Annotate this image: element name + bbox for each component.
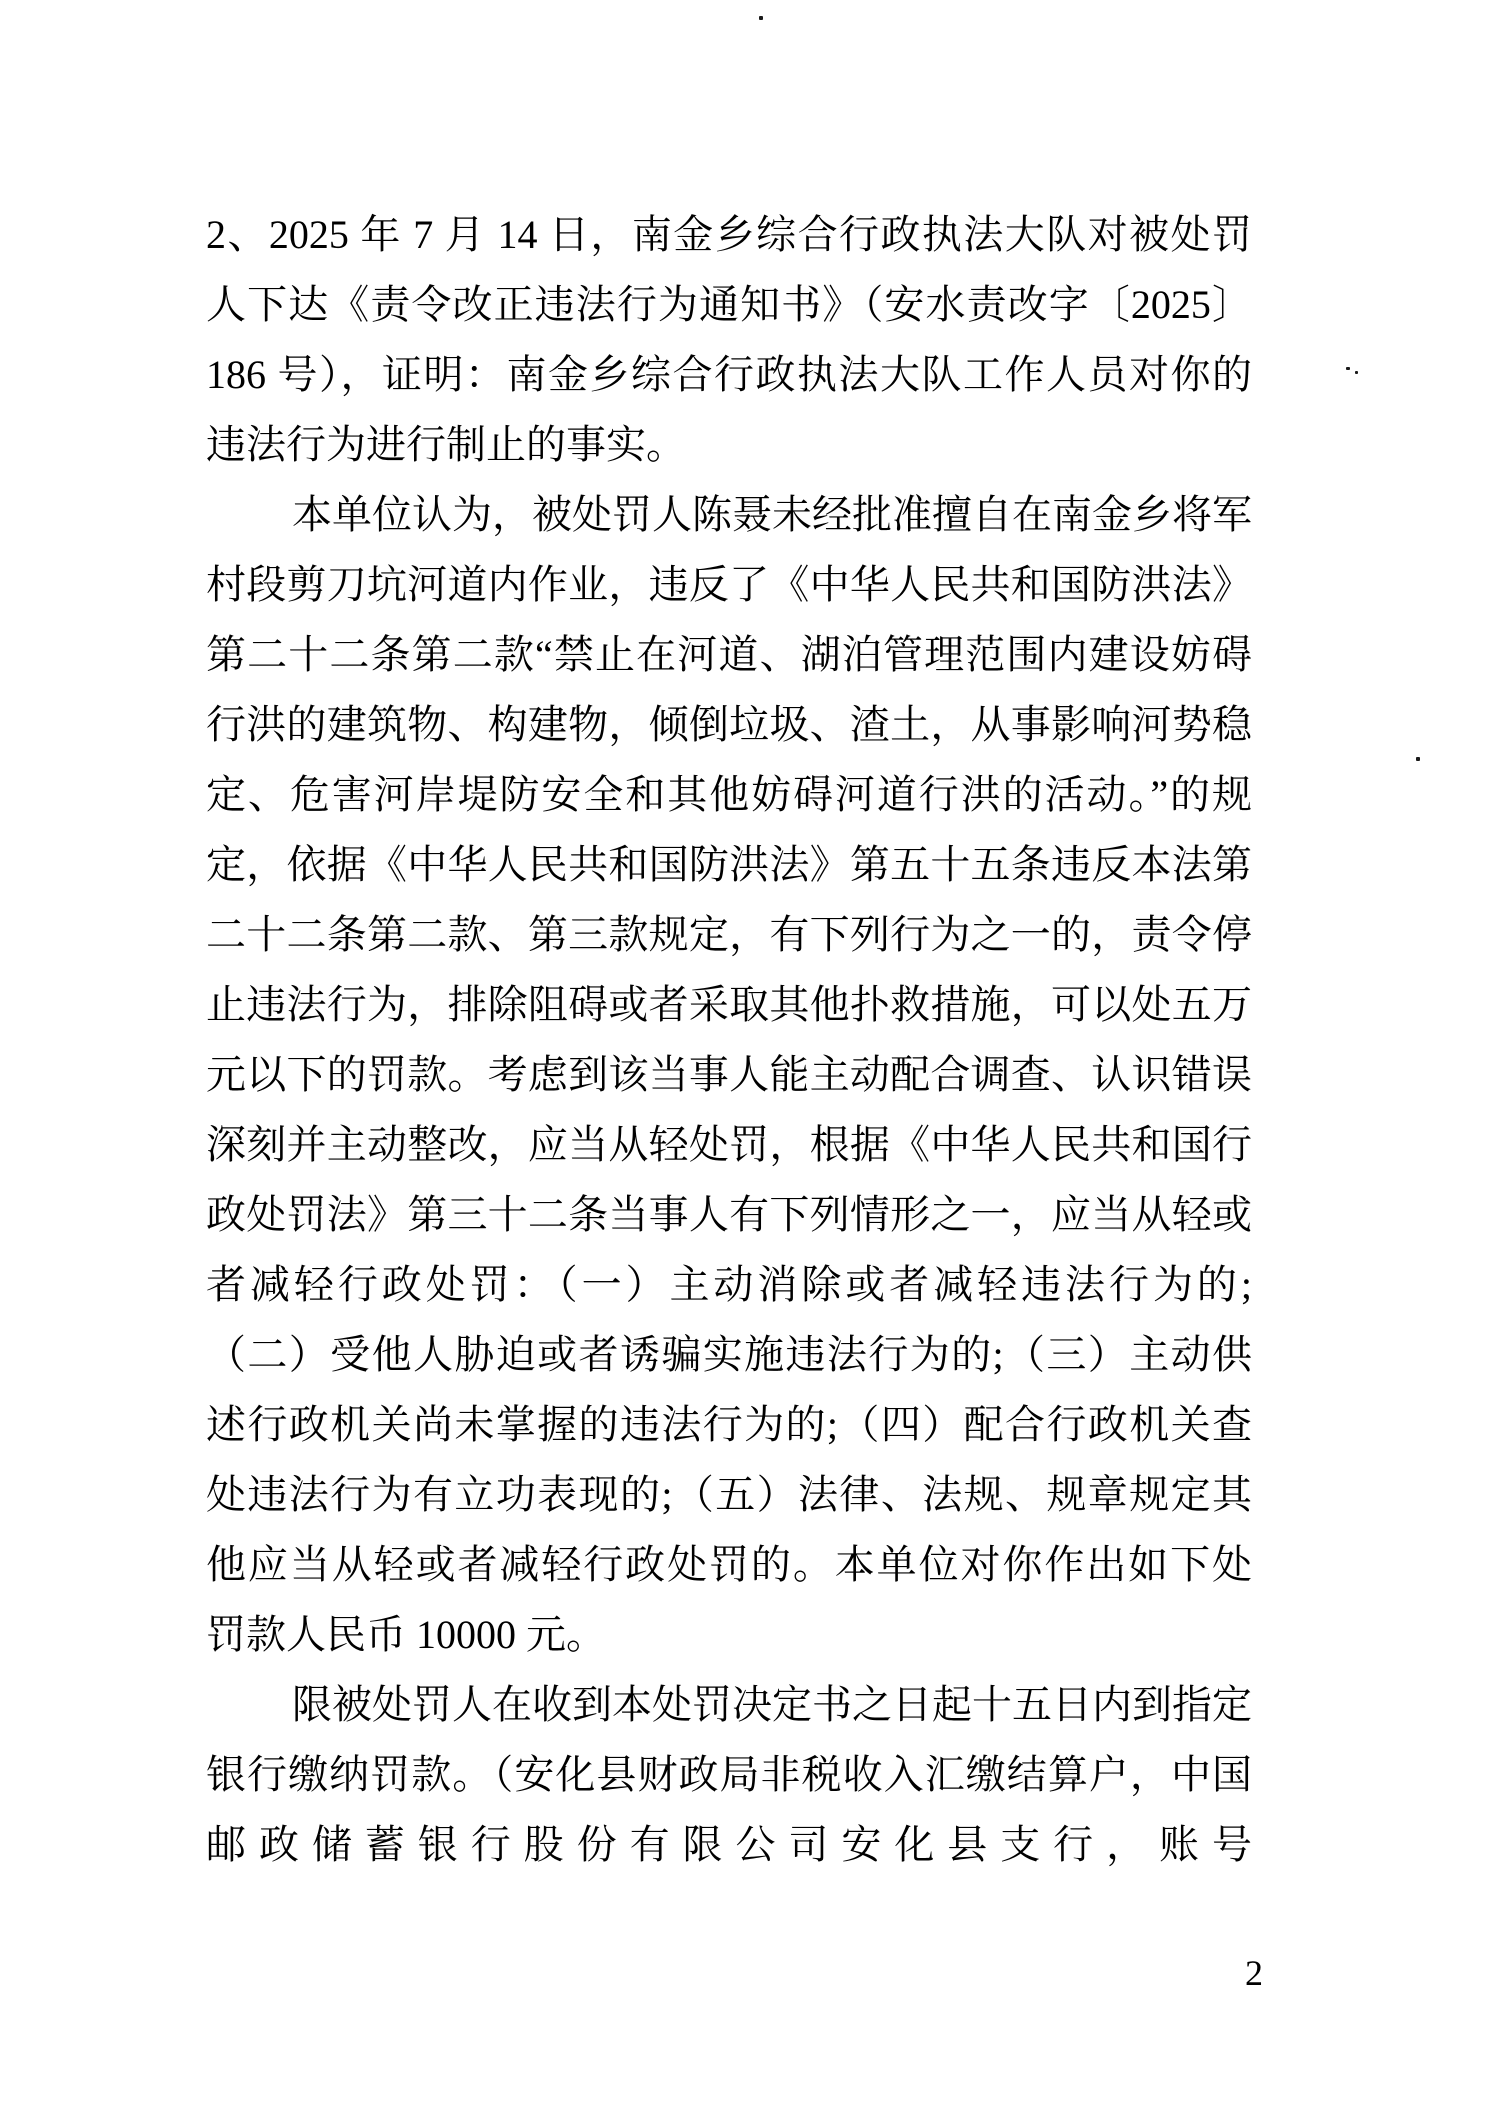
scan-speck — [759, 16, 763, 20]
text-line: 第二十二条第二款“禁止在河道、湖泊管理范围内建设妨碍 — [206, 620, 1252, 690]
scan-speck — [1416, 757, 1420, 761]
text-line: 定，依据《中华人民共和国防洪法》第五十五条违反本法第 — [206, 830, 1252, 900]
text-line: 政处罚法》第三十二条当事人有下列情形之一，应当从轻或 — [206, 1180, 1252, 1250]
text-line: 2、2025 年 7 月 14 日，南金乡综合行政执法大队对被处罚 — [206, 200, 1252, 270]
text-line: （二）受他人胁迫或者诱骗实施违法行为的;（三）主动供 — [206, 1320, 1252, 1390]
text-line: 定、危害河岸堤防安全和其他妨碍河道行洪的活动。”的规 — [206, 760, 1252, 830]
text-line: 行洪的建筑物、构建物，倾倒垃圾、渣土，从事影响河势稳 — [206, 690, 1252, 760]
text-line: 述行政机关尚未掌握的违法行为的;（四）配合行政机关查 — [206, 1390, 1252, 1460]
document-body: 2、2025 年 7 月 14 日，南金乡综合行政执法大队对被处罚 人下达《责令… — [206, 200, 1252, 1880]
text-line: 邮政储蓄银行股份有限公司安化县支行，账号 — [206, 1810, 1252, 1880]
text-line: 村段剪刀坑河道内作业，违反了《中华人民共和国防洪法》 — [206, 550, 1252, 620]
text-line: 二十二条第二款、第三款规定，有下列行为之一的，责令停 — [206, 900, 1252, 970]
text-line: 深刻并主动整改，应当从轻处罚，根据《中华人民共和国行 — [206, 1110, 1252, 1180]
document-page: 2、2025 年 7 月 14 日，南金乡综合行政执法大队对被处罚 人下达《责令… — [0, 0, 1488, 2105]
text-line: 元以下的罚款。考虑到该当事人能主动配合调查、认识错误 — [206, 1040, 1252, 1110]
text-line: 他应当从轻或者减轻行政处罚的。本单位对你作出如下处罚： — [206, 1530, 1252, 1600]
text-line: 人下达《责令改正违法行为通知书》（安水责改字〔2025〕 — [206, 270, 1252, 340]
text-line: 处违法行为有立功表现的;（五）法律、法规、规章规定其 — [206, 1460, 1252, 1530]
text-line: 止违法行为，排除阻碍或者采取其他扑救措施，可以处五万 — [206, 970, 1252, 1040]
text-line: 本单位认为，被处罚人陈聂未经批准擅自在南金乡将军 — [206, 480, 1252, 550]
scan-speck — [1355, 371, 1358, 374]
scan-speck — [1346, 367, 1350, 370]
text-line: 限被处罚人在收到本处罚决定书之日起十五日内到指定 — [206, 1670, 1252, 1740]
text-line: 者减轻行政处罚：（一）主动消除或者减轻违法行为的; — [206, 1250, 1252, 1320]
text-line: 罚款人民币 10000 元。 — [206, 1600, 1252, 1670]
text-line: 186 号），证明：南金乡综合行政执法大队工作人员对你的 — [206, 340, 1252, 410]
text-line: 银行缴纳罚款。（安化县财政局非税收入汇缴结算户，中国 — [206, 1740, 1252, 1810]
text-line: 违法行为进行制止的事实。 — [206, 410, 1252, 480]
page-number: 2 — [1232, 1948, 1276, 1998]
